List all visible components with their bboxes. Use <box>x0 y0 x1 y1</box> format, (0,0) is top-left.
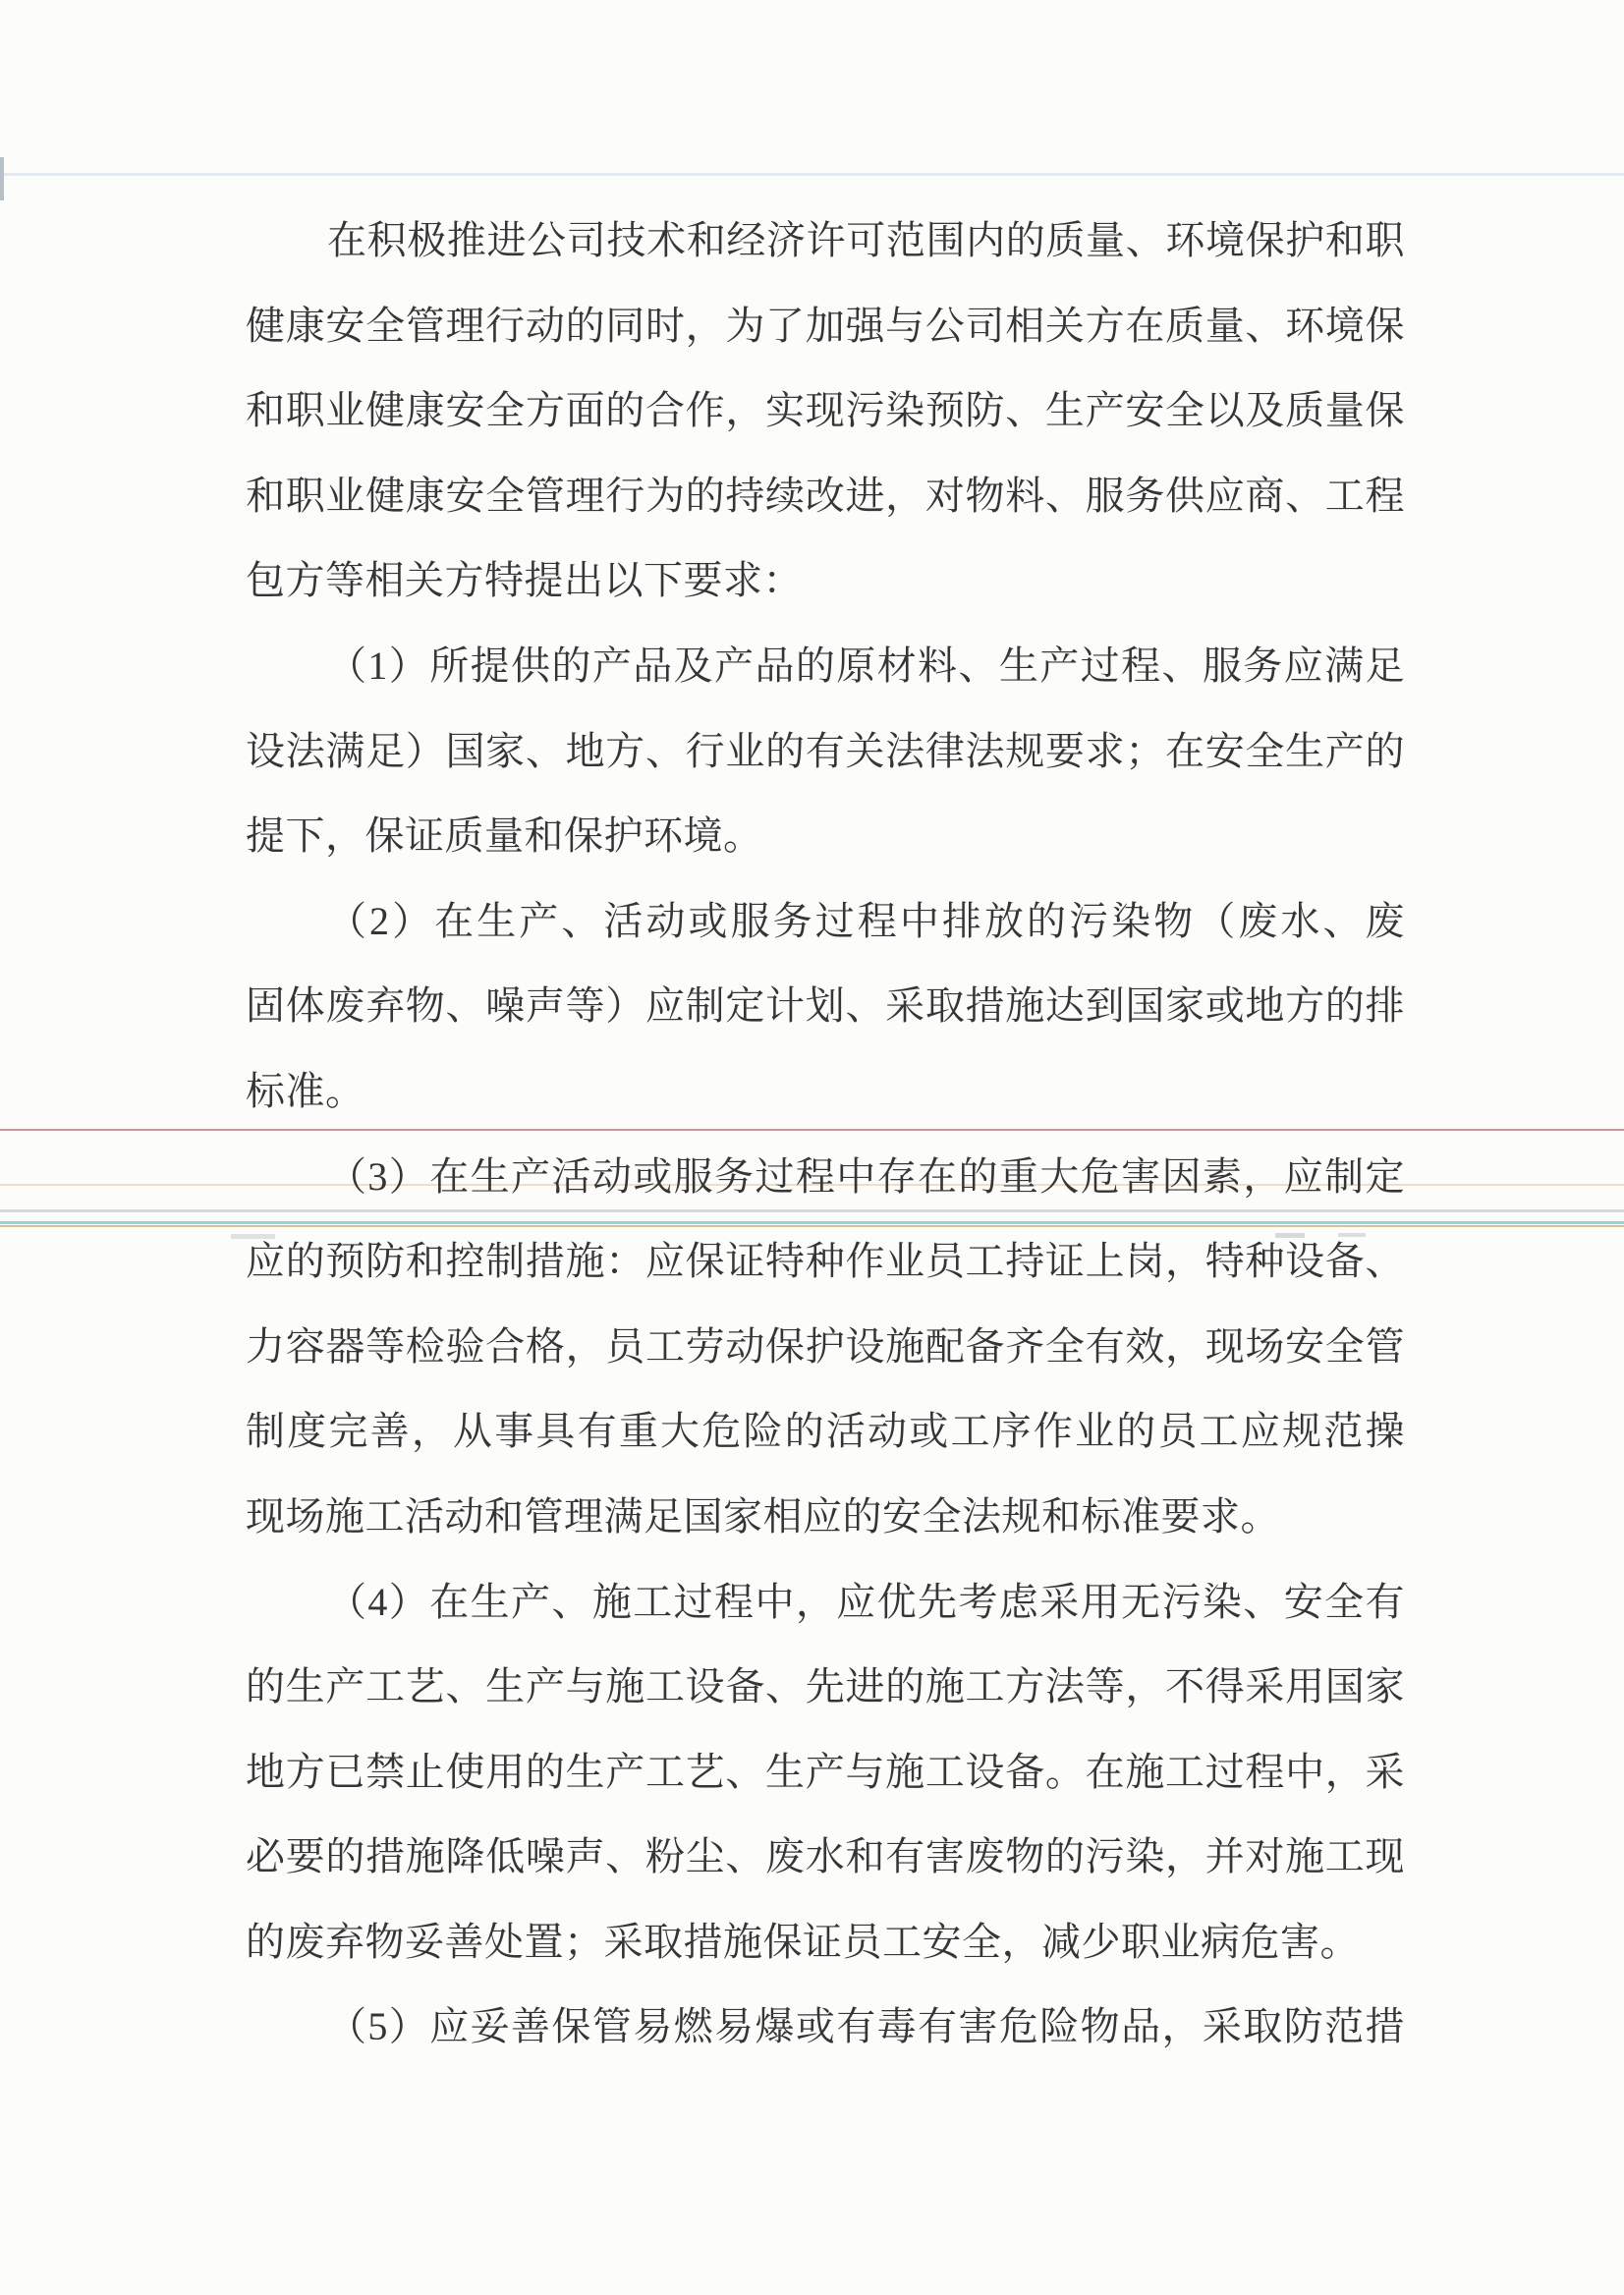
text-line: （1）所提供的产品及产品的原材料、生产过程、服务应满足（或 <box>246 624 1405 709</box>
text-line: （3）在生产活动或服务过程中存在的重大危害因素，应制定相 <box>246 1135 1405 1220</box>
text-line: 的废弃物妥善处置；采取措施保证员工安全，减少职业病危害。 <box>246 1900 1405 1986</box>
text-line: （4）在生产、施工过程中，应优先考虑采用无污染、安全有效 <box>246 1560 1405 1646</box>
text-line: 和职业健康安全方面的合作，实现污染预防、生产安全以及质量保证 <box>246 368 1405 454</box>
text-line: 包方等相关方特提出以下要求： <box>246 538 1405 624</box>
text-line: 的生产工艺、生产与施工设备、先进的施工方法等，不得采用国家或 <box>246 1645 1405 1730</box>
text-line: 应的预防和控制措施：应保证特种作业员工持证上岗，特种设备、压 <box>246 1219 1405 1305</box>
text-line: 力容器等检验合格，员工劳动保护设施配备齐全有效，现场安全管理 <box>246 1305 1405 1390</box>
text-line: 地方已禁止使用的生产工艺、生产与施工设备。在施工过程中，采取 <box>246 1730 1405 1816</box>
scan-artifact-line <box>0 157 4 200</box>
text-line: 制度完善，从事具有重大危险的活动或工序作业的员工应规范操作， <box>246 1389 1405 1475</box>
text-line: 现场施工活动和管理满足国家相应的安全法规和标准要求。 <box>246 1475 1405 1560</box>
text-line: 标准。 <box>246 1049 1405 1135</box>
text-line: （5）应妥善保管易燃易爆或有毒有害危险物品，采取防范措施， <box>246 1985 1405 2070</box>
text-line: 提下，保证质量和保护环境。 <box>246 794 1405 879</box>
text-line: 固体废弃物、噪声等）应制定计划、采取措施达到国家或地方的排放 <box>246 964 1405 1049</box>
text-line: 和职业健康安全管理行为的持续改进，对物料、服务供应商、工程承 <box>246 454 1405 539</box>
text-line: （2）在生产、活动或服务过程中排放的污染物（废水、废气、 <box>246 879 1405 965</box>
text-line: 在积极推进公司技术和经济许可范围内的质量、环境保护和职业 <box>246 198 1405 284</box>
scanned-document-page: 在积极推进公司技术和经济许可范围内的质量、环境保护和职业健康安全管理行动的同时，… <box>0 0 1624 2295</box>
text-line: 设法满足）国家、地方、行业的有关法律法规要求；在安全生产的前 <box>246 709 1405 795</box>
document-text-block: 在积极推进公司技术和经济许可范围内的质量、环境保护和职业健康安全管理行动的同时，… <box>246 198 1405 2070</box>
text-line: 必要的措施降低噪声、粉尘、废水和有害废物的污染，并对施工现场 <box>246 1815 1405 1900</box>
text-line: 健康安全管理行动的同时，为了加强与公司相关方在质量、环境保护 <box>246 284 1405 369</box>
scan-artifact-line <box>0 173 1624 176</box>
